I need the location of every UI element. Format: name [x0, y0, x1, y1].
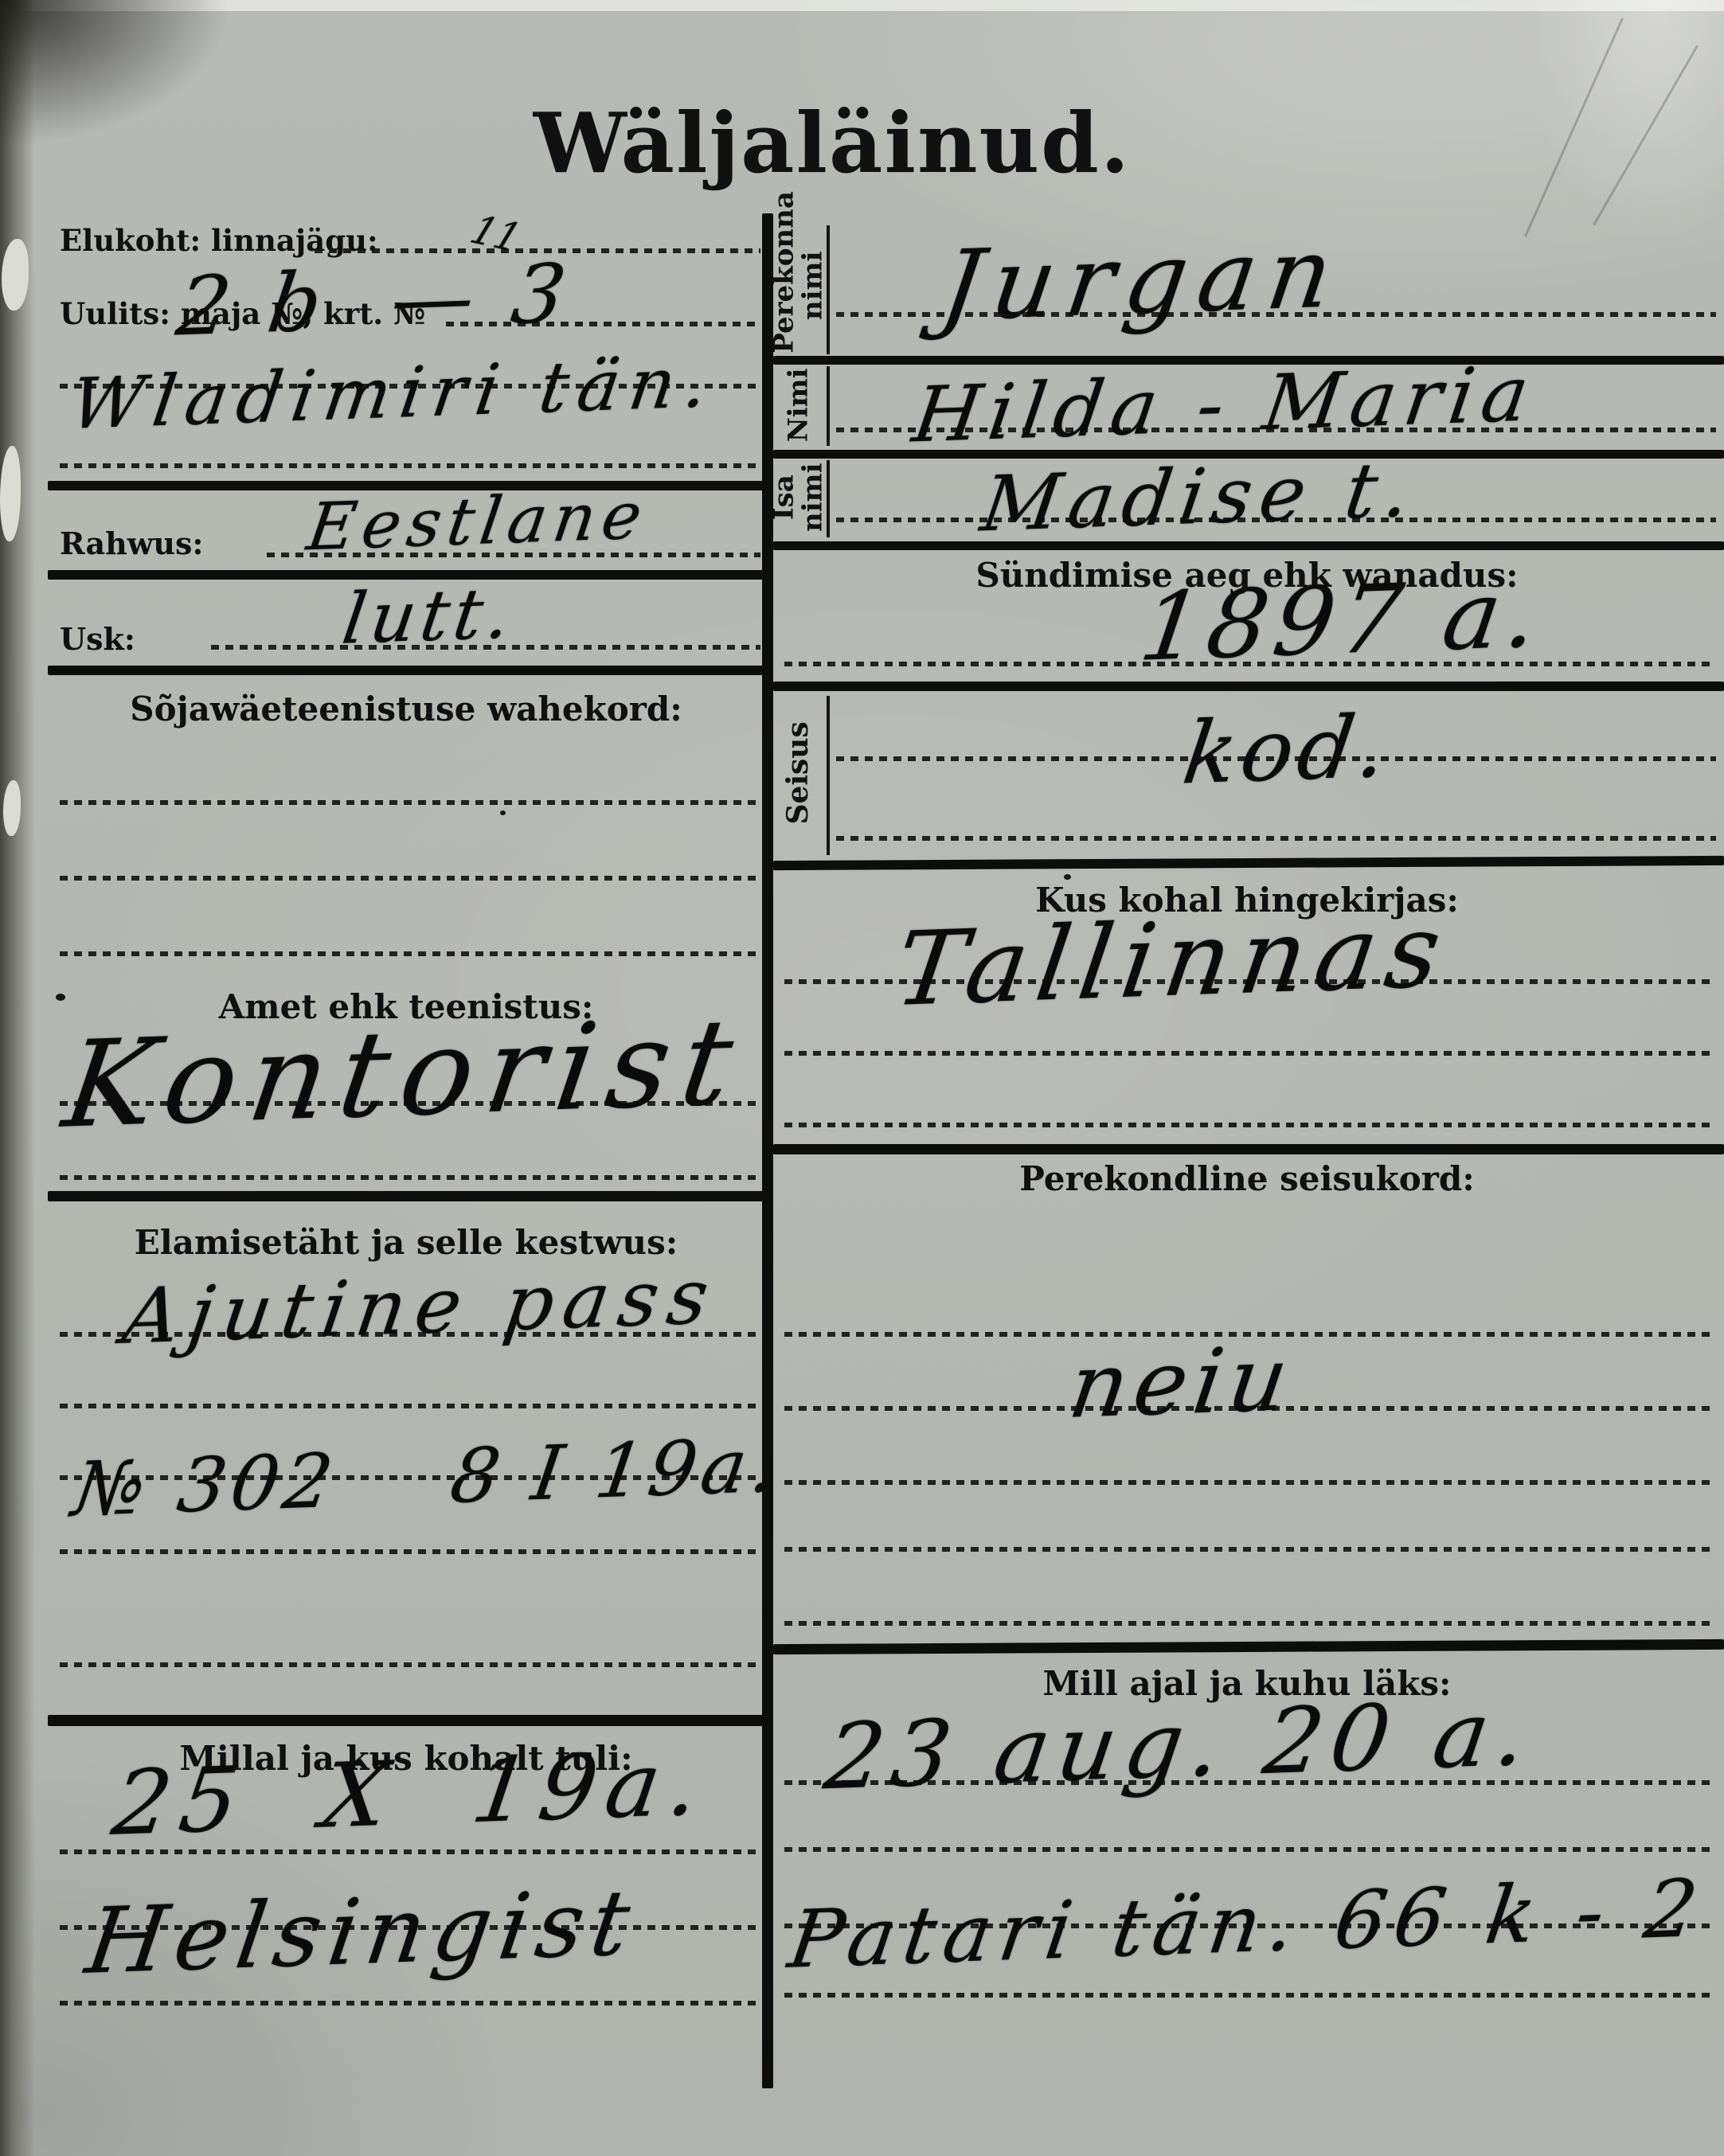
dotted-line [60, 1662, 760, 1667]
name-label-cell: Nimi [771, 360, 827, 450]
house-number-handwriting: 2 b — 3 [171, 246, 577, 354]
form-title: Wäljaläinud. [430, 94, 1234, 192]
dotted-line [60, 951, 760, 956]
religion-label: Usk: [60, 621, 135, 657]
dotted-line [836, 836, 1716, 841]
dotted-line [784, 1847, 1716, 1852]
row-rule [773, 1639, 1724, 1654]
dotted-line [60, 1404, 760, 1408]
father-label: Isa nimi [770, 463, 827, 533]
nationality-label: Rahwus: [60, 525, 203, 561]
dotted-line [784, 1480, 1716, 1485]
dotted-line [784, 1051, 1716, 1056]
permit-handwriting-line2: № 302 8 I 19a. [68, 1423, 786, 1534]
dotted-line [60, 800, 760, 805]
surname-label-cell: Perekonna nimi [771, 215, 827, 356]
family-label: Perekondline seisukord: [773, 1159, 1721, 1198]
dotted-line [784, 1547, 1716, 1552]
religion-handwriting: lutt. [338, 572, 520, 659]
ink-speck [500, 810, 506, 815]
dotted-line [60, 2001, 760, 2006]
label-separator-line [827, 696, 830, 855]
register-handwriting: Tallinnas [889, 892, 1457, 1029]
arrival-date-handwriting: 25 X 19a. [107, 1732, 715, 1856]
paper-damaged-corner [0, 0, 239, 151]
scanned-registration-card: Wäljaläinud. Elukoht: linnajägu: Uulits:… [0, 0, 1724, 2156]
occupation-handwriting: Kontorist [56, 993, 753, 1154]
row-rule [773, 541, 1724, 550]
family-handwriting: neiu [1063, 1327, 1300, 1439]
paper-top-edge [0, 0, 1724, 11]
paper-crease-patch [1505, 0, 1724, 263]
ink-speck [1064, 874, 1071, 880]
row-rule [773, 682, 1724, 691]
street-handwriting: Wladimiri tän. [65, 341, 722, 445]
departure-address-handwriting: Patari tän. 66 k - 2 [784, 1861, 1711, 1986]
status-handwriting: kod. [1177, 697, 1398, 804]
dotted-line [784, 1993, 1716, 1998]
dotted-line [60, 1175, 760, 1180]
row-rule [773, 1144, 1724, 1154]
section-rule [48, 1715, 764, 1726]
birth-handwriting: 1897 a. [1134, 558, 1551, 682]
status-label: Seisus [784, 721, 814, 824]
name-handwriting: Hilda - Maria [908, 349, 1542, 459]
dotted-line [784, 1621, 1716, 1626]
section-rule [48, 666, 764, 675]
dotted-line [60, 1549, 760, 1554]
permit-handwriting-line1: Ajutine pass [118, 1252, 724, 1361]
status-label-cell: Seisus [771, 686, 827, 860]
name-label: Nimi [784, 368, 813, 442]
father-handwriting: Madise t. [976, 445, 1424, 549]
surname-handwriting: Jurgan [935, 216, 1351, 342]
label-separator-line [827, 225, 830, 354]
dotted-line [784, 1123, 1716, 1127]
section-rule [48, 1191, 764, 1201]
dotted-line [60, 463, 760, 468]
surname-label: Perekonna nimi [770, 218, 827, 353]
paper-torn-left-edge [0, 0, 35, 2156]
label-separator-line [827, 460, 830, 537]
dotted-line [60, 876, 760, 881]
arrival-place-handwriting: Helsingist [80, 1869, 644, 1994]
row-rule [773, 856, 1724, 870]
military-label: Sõjawäeteenistuse wahekord: [48, 689, 764, 728]
nationality-handwriting: Eestlane [303, 478, 653, 566]
father-label-cell: Isa nimi [771, 454, 827, 541]
label-separator-line [827, 366, 830, 446]
